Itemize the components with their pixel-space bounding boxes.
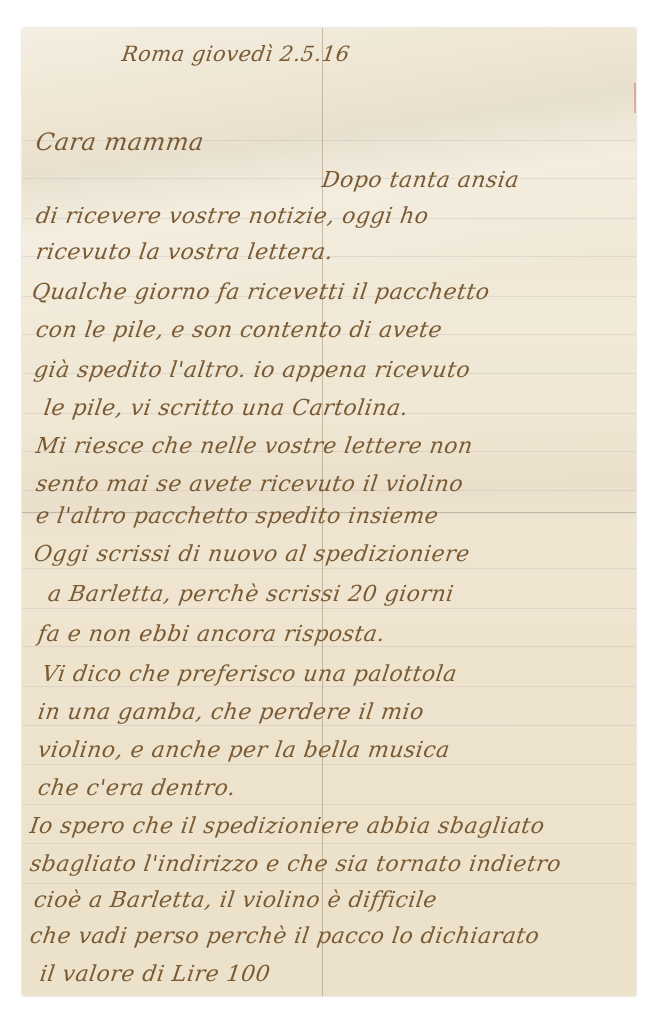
ruled-line [22, 804, 636, 805]
letter-line: Oggi scrissi di nuovo al spedizioniere [32, 542, 471, 567]
letter-line: Qualche giorno fa ricevetti il pacchetto [30, 280, 491, 305]
ruled-line [22, 725, 636, 726]
ruled-line [22, 608, 636, 609]
letter-line: già spedito l'altro. io appena ricevuto [32, 358, 472, 383]
edge-stain [634, 83, 636, 113]
letter-greeting: Cara mamma [34, 128, 206, 156]
letter-place-date: Roma giovedì 2.5.16 [120, 42, 351, 66]
letter-line: sbagliato l'indirizzo e che sia tornato … [28, 852, 563, 877]
scanned-letter-page: Roma giovedì 2.5.16 Cara mamma Dopo tant… [0, 0, 654, 1024]
ruled-line [22, 764, 636, 765]
letter-line: che c'era dentro. [36, 776, 237, 801]
letter-line: cioè a Barletta, il violino è difficile [32, 888, 439, 913]
letter-line: ricevuto la vostra lettera. [34, 240, 335, 265]
ruled-line [22, 843, 636, 844]
letter-line: il valore di Lire 100 [38, 962, 272, 987]
letter-line: le pile, vi scritto una Cartolina. [42, 396, 410, 421]
letter-line: e l'altro pacchetto spedito insieme [34, 504, 440, 529]
letter-line: a Barletta, perchè scrissi 20 giorni [46, 582, 455, 607]
letter-line: sento mai se avete ricevuto il violino [34, 472, 465, 497]
letter-line: Mi riesce che nelle vostre lettere non [34, 434, 474, 459]
ruled-line [22, 568, 636, 569]
letter-line: Io spero che il spedizioniere abbia sbag… [28, 814, 546, 839]
letter-line: in una gamba, che perdere il mio [36, 700, 425, 725]
letter-line: violino, e anche per la bella musica [36, 738, 451, 763]
letter-line: con le pile, e son contento di avete [34, 318, 444, 343]
letter-line: fa e non ebbi ancora risposta. [36, 622, 386, 647]
letter-line: Dopo tanta ansia [320, 168, 521, 193]
letter-line: Vi dico che preferisco una palottola [40, 662, 458, 687]
ruled-line [22, 883, 636, 884]
letter-paper: Roma giovedì 2.5.16 Cara mamma Dopo tant… [22, 28, 636, 996]
letter-line: che vadi perso perchè il pacco lo dichia… [28, 924, 541, 949]
letter-line: di ricevere vostre notizie, oggi ho [34, 204, 430, 229]
